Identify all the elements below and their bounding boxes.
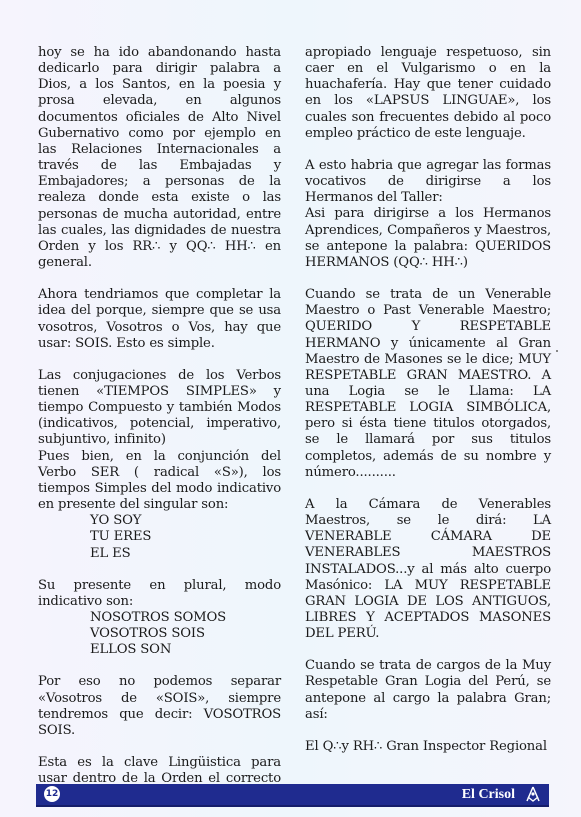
paragraph: hoy se ha ido abandonando hasta dedicarl…: [38, 45, 281, 271]
right-column: apropiado lenguaje respetuoso, sin caer …: [305, 45, 551, 771]
scan-speck: [556, 350, 558, 352]
footer-bar: 12 El Crisol: [36, 784, 549, 807]
paragraph: apropiado lenguaje respetuoso, sin caer …: [305, 45, 551, 142]
list-item: VOSOTROS SOIS: [90, 626, 281, 642]
document-page: hoy se ha ido abandonando hasta dedicarl…: [0, 0, 581, 817]
paragraph: Asi para dirigirse a los Hermanos Aprend…: [305, 206, 551, 271]
paragraph: Ahora tendriamos que completar la idea d…: [38, 287, 281, 352]
paragraph: A esto habria que agregar las formas voc…: [305, 158, 551, 206]
page-number-badge: 12: [44, 786, 60, 802]
paragraph: Cuando se trata de un Venerable Maestro …: [305, 287, 551, 481]
singular-conjugation-list: YO SOY TU ERES EL ES: [38, 513, 281, 561]
paragraph: Las conjugaciones de los Verbos tienen «…: [38, 368, 281, 449]
masonic-square-compass-icon: [525, 786, 541, 803]
list-item: ELLOS SON: [90, 642, 281, 658]
list-item: NOSOTROS SOMOS: [90, 610, 281, 626]
left-column: hoy se ha ido abandonando hasta dedicarl…: [38, 45, 281, 817]
paragraph: Por eso no podemos separar «Vosotros de …: [38, 674, 281, 739]
paragraph: A la Cámara de Venerables Maestros, se l…: [305, 497, 551, 642]
list-item: YO SOY: [90, 513, 281, 529]
list-item: TU ERES: [90, 529, 281, 545]
plural-conjugation-list: NOSOTROS SOMOS VOSOTROS SOIS ELLOS SON: [38, 610, 281, 658]
magazine-title: El Crisol: [462, 786, 515, 803]
paragraph: Su presente en plural, modo indicativo s…: [38, 578, 281, 610]
list-item: EL ES: [90, 546, 281, 562]
paragraph: Pues bien, en la conjunción del Verbo SE…: [38, 449, 281, 514]
paragraph: El Q∴y RH∴ Gran Inspector Regional: [305, 739, 551, 755]
paragraph: Cuando se trata de cargos de la Muy Resp…: [305, 658, 551, 723]
